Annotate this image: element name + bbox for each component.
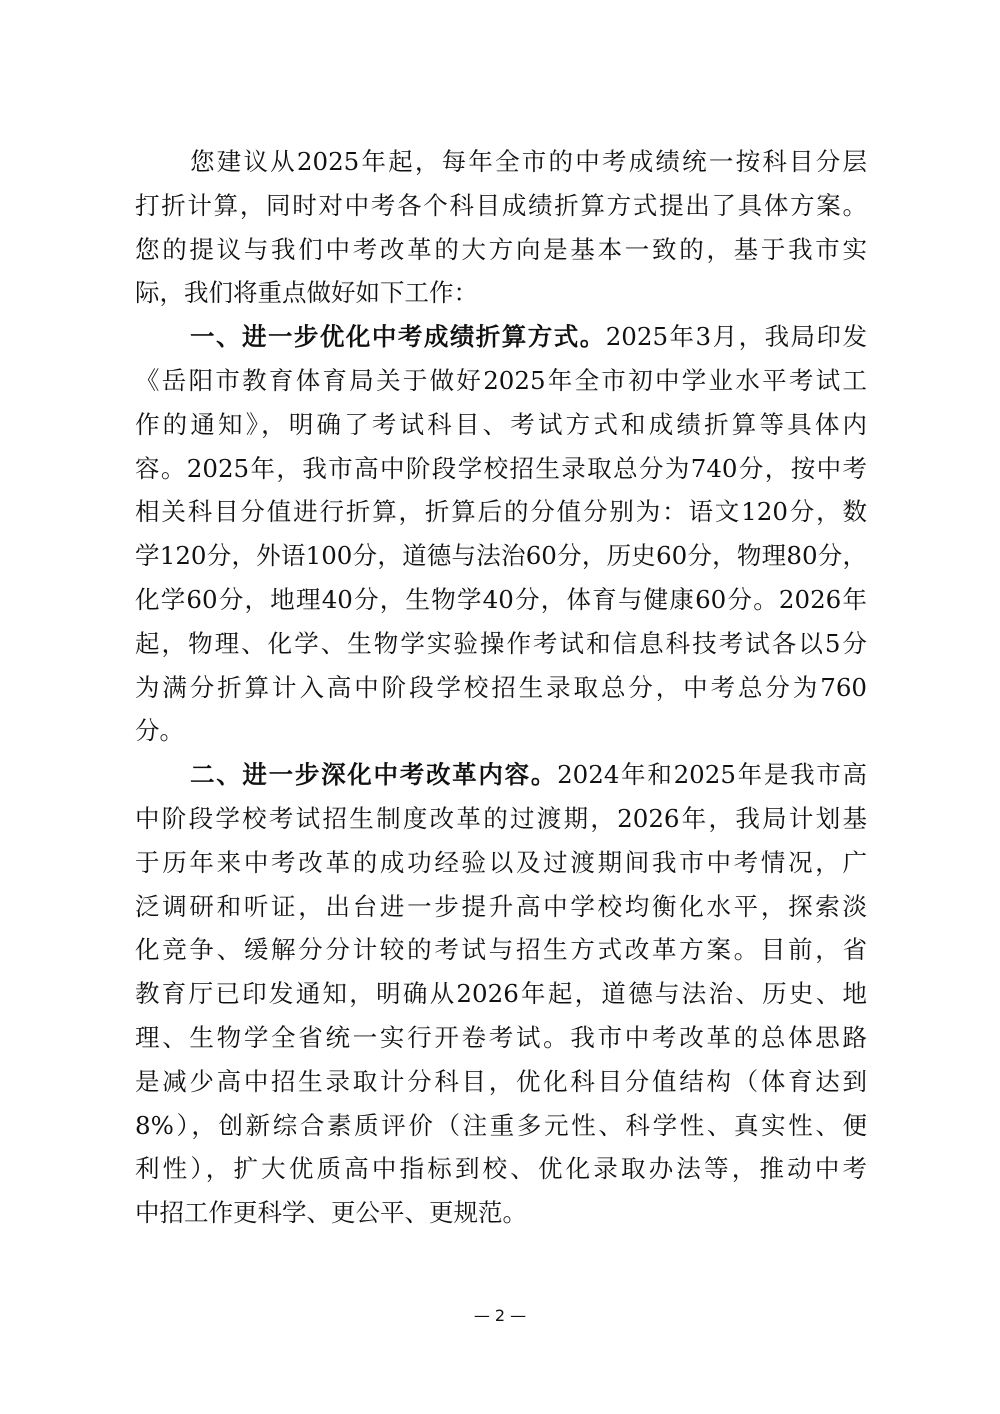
text-line: 您的提议与我们中考改革的大方向是基本一致的，基于我市实 [135,228,867,272]
text-line: 际，我们将重点做好如下工作： [135,271,867,315]
section-heading: 一、进一步优化中考成绩折算方式。 [190,322,606,351]
text-line: 您建议从2025年起，每年全市的中考成绩统一按科目分层 [135,140,867,184]
text-line: 于历年来中考改革的成功经验以及过渡期间我市中考情况，广 [135,841,867,885]
text-line: 泛调研和听证，出台进一步提升高中学校均衡化水平，探索淡 [135,885,867,929]
text-line: 利性），扩大优质高中指标到校、优化录取办法等，推动中考 [135,1147,867,1191]
page-number: — 2 — [0,1306,1000,1325]
text-line: 化竞争、缓解分分计较的考试与招生方式改革方案。目前，省 [135,928,867,972]
text-run: 2024年和2025年是我市高 [557,760,867,789]
text-line: 中阶段学校考试招生制度改革的过渡期，2026年，我局计划基 [135,797,867,841]
paragraph-section-1: 一、进一步优化中考成绩折算方式。2025年3月，我局印发 《岳阳市教育体育局关于… [135,315,867,753]
paragraph-section-2: 二、进一步深化中考改革内容。2024年和2025年是我市高 中阶段学校考试招生制… [135,753,867,1235]
document-page: 您建议从2025年起，每年全市的中考成绩统一按科目分层 打折计算，同时对中考各个… [0,0,1000,1414]
text-line: 化学60分，地理40分，生物学40分，体育与健康60分。2026年 [135,578,867,622]
text-line: 作的通知》，明确了考试科目、考试方式和成绩折算等具体内 [135,403,867,447]
text-run: 2025年3月，我局印发 [606,322,867,351]
text-line: 分。 [135,709,867,753]
text-line: 《岳阳市教育体育局关于做好2025年全市初中学业水平考试工 [135,359,867,403]
text-line: 一、进一步优化中考成绩折算方式。2025年3月，我局印发 [135,315,867,359]
text-line: 理、生物学全省统一实行开卷考试。我市中考改革的总体思路 [135,1016,867,1060]
text-line: 为满分折算计入高中阶段学校招生录取总分，中考总分为760 [135,666,867,710]
text-line: 起，物理、化学、生物学实验操作考试和信息科技考试各以5分 [135,622,867,666]
text-line: 学120分，外语100分，道德与法治60分，历史60分，物理80分， [135,534,867,578]
text-line: 教育厅已印发通知，明确从2026年起，道德与法治、历史、地 [135,972,867,1016]
text-line: 容。2025年，我市高中阶段学校招生录取总分为740分，按中考 [135,447,867,491]
section-heading: 二、进一步深化中考改革内容。 [190,760,557,789]
text-line: 8%），创新综合素质评价（注重多元性、科学性、真实性、便 [135,1104,867,1148]
text-line: 打折计算，同时对中考各个科目成绩折算方式提出了具体方案。 [135,184,867,228]
paragraph-intro: 您建议从2025年起，每年全市的中考成绩统一按科目分层 打折计算，同时对中考各个… [135,140,867,315]
document-body: 您建议从2025年起，每年全市的中考成绩统一按科目分层 打折计算，同时对中考各个… [135,140,867,1235]
text-line: 中招工作更科学、更公平、更规范。 [135,1191,867,1235]
text-line: 是减少高中招生录取计分科目，优化科目分值结构（体育达到 [135,1060,867,1104]
text-line: 二、进一步深化中考改革内容。2024年和2025年是我市高 [135,753,867,797]
text-line: 相关科目分值进行折算，折算后的分值分别为：语文120分，数 [135,490,867,534]
